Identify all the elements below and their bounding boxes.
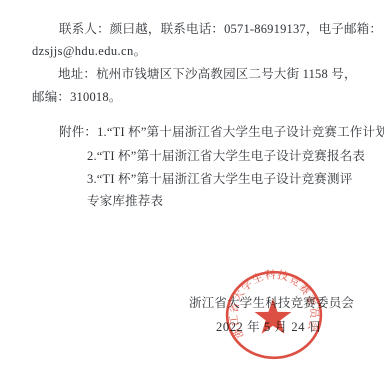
scanned-official-letter: 联系人：颜曰越，联系电话：0571-86919137，电子邮箱： dzsjjs@…: [0, 0, 384, 373]
attachment-item-3: 3.“TI 杯”第十届浙江省大学生电子设计竞赛测评: [87, 171, 352, 187]
contact-person-line: 联系人：颜曰越，联系电话：0571-86919137，电子邮箱：: [59, 21, 382, 37]
star-icon: [255, 299, 292, 334]
official-seal: 浙江省大学生科技竞赛委员会: [221, 263, 327, 369]
contact-email-line: dzsjjs@hdu.edu.cn。: [32, 43, 147, 59]
postcode-line: 邮编：310018。: [32, 89, 122, 105]
address-line: 地址：杭州市钱塘区下沙高教园区二号大街 1158 号，: [58, 66, 357, 82]
attachment-item-2: 2.“TI 杯”第十届浙江省大学生电子设计竞赛报名表: [87, 148, 365, 164]
attachment-item-1: 附件：1.“TI 杯”第十届浙江省大学生电子设计竞赛工作计划: [59, 124, 384, 140]
attachment-item-3-continued: 专家库推荐表: [87, 193, 163, 209]
